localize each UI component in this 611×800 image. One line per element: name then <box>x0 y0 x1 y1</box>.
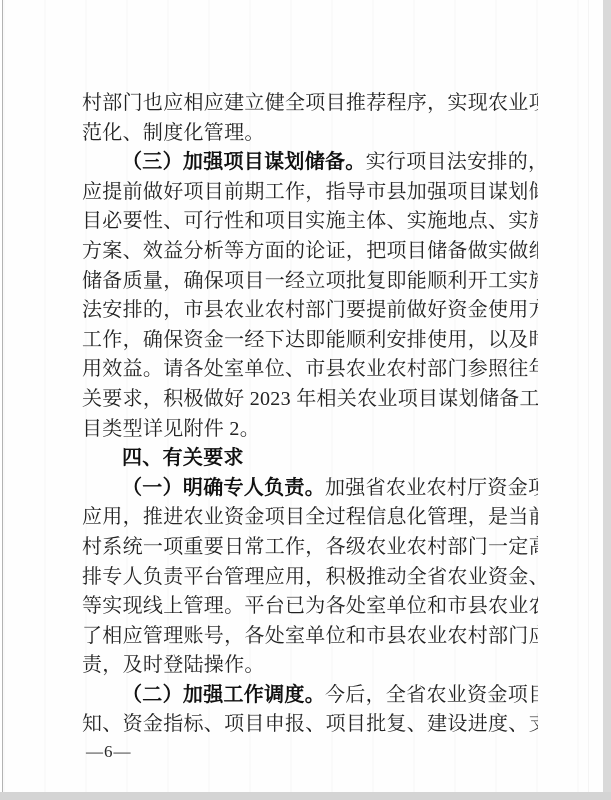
document-line: 等实现线上管理。平台已为各处室单位和市县农业农村部门配置 <box>82 592 538 622</box>
line-text: 了相应管理账号，各处室单位和市县农业农村部门应明确专人负 <box>82 625 538 647</box>
document-body-text: 村部门也应相应建立健全项目推荐程序，实现农业项目安排的规 范化、制度化管理。 （… <box>82 89 538 740</box>
document-line: 四、有关要求 <box>82 444 538 474</box>
document-line: 了相应管理账号，各处室单位和市县农业农村部门应明确专人负 <box>82 622 538 652</box>
scan-edge-shadow <box>588 0 589 792</box>
scanner-bed-right-strip <box>603 0 611 800</box>
line-text: 关要求，积极做好 2023 年相关农业项目谋划储备工作。相关项 <box>82 388 538 410</box>
document-line: 储备质量，确保项目一经立项批复即能顺利开工实施。实行因素 <box>82 267 538 297</box>
document-line: 应提前做好项目前期工作，指导市县加强项目谋划储备，加强项 <box>82 178 538 208</box>
document-line: （三）加强项目谋划储备。实行项目法安排的，各处室单位 <box>82 148 538 178</box>
line-text: 村部门也应相应建立健全项目推荐程序，实现农业项目安排的规 <box>82 92 538 114</box>
document-line: （一）明确专人负责。加强省农业农村厅资金项目监管平台 <box>82 474 538 504</box>
document-line: 目必要性、可行性和项目实施主体、实施地点、实施内容、投资 <box>82 207 538 237</box>
subsection-heading: （一）明确专人负责。 <box>122 477 325 499</box>
line-text: 用效益。请各处室单位、市县农业农村部门参照往年类似项目相 <box>82 358 538 380</box>
section-heading: 四、有关要求 <box>122 447 244 469</box>
line-text: 应提前做好项目前期工作，指导市县加强项目谋划储备，加强项 <box>82 181 538 203</box>
document-line: 方案、效益分析等方面的论证，把项目储备做实做细，提高项目 <box>82 237 538 267</box>
document-line: 知、资金指标、项目申报、项目批复、建设进度、支付进度等均 <box>82 710 538 740</box>
line-text: 实行项目法安排的，各处室单位 <box>366 151 538 173</box>
document-line: 村系统一项重要日常工作，各级农业农村部门一定高度重视，安 <box>82 533 538 563</box>
document-line: 范化、制度化管理。 <box>82 119 538 149</box>
line-text: 方案、效益分析等方面的论证，把项目储备做实做细，提高项目 <box>82 240 538 262</box>
line-text: 排专人负责平台管理应用，积极推动全省农业资金、项目、绩效 <box>82 566 538 588</box>
line-text: 加强省农业农村厅资金项目监管平台 <box>325 477 538 499</box>
document-line: （二）加强工作调度。今后，全省农业资金项目有关申报通 <box>82 681 538 711</box>
subsection-heading: （三）加强项目谋划储备。 <box>122 151 366 173</box>
line-text: 责，及时登陆操作。 <box>82 654 265 676</box>
subsection-heading: （二）加强工作调度。 <box>122 684 325 706</box>
line-text: 工作，确保资金一经下达即能顺利安排使用，以及时发挥资金使 <box>82 329 538 351</box>
document-line: 工作，确保资金一经下达即能顺利安排使用，以及时发挥资金使 <box>82 326 538 356</box>
page-number: —6— <box>86 741 132 763</box>
document-line: 关要求，积极做好 2023 年相关农业项目谋划储备工作。相关项 <box>82 385 538 415</box>
line-text: 应用，推进农业资金项目全过程信息化管理，是当前我省农业农 <box>82 506 538 528</box>
line-text: 法安排的，市县农业农村部门要提前做好资金使用方案编制相关 <box>82 299 538 321</box>
line-text: 等实现线上管理。平台已为各处室单位和市县农业农村部门配置 <box>82 595 538 617</box>
document-line: 法安排的，市县农业农村部门要提前做好资金使用方案编制相关 <box>82 296 538 326</box>
line-text: 目必要性、可行性和项目实施主体、实施地点、实施内容、投资 <box>82 210 538 232</box>
scanner-bed-bottom-strip <box>0 792 611 800</box>
line-text: 村系统一项重要日常工作，各级农业农村部门一定高度重视，安 <box>82 536 538 558</box>
line-text: 范化、制度化管理。 <box>82 122 265 144</box>
document-line: 责，及时登陆操作。 <box>82 651 538 681</box>
line-text: 知、资金指标、项目申报、项目批复、建设进度、支付进度等均 <box>82 713 538 735</box>
line-text: 储备质量，确保项目一经立项批复即能顺利开工实施。实行因素 <box>82 270 538 292</box>
line-text: 今后，全省农业资金项目有关申报通 <box>325 684 538 706</box>
document-line: 目类型详见附件 2。 <box>82 415 538 445</box>
document-line: 排专人负责平台管理应用，积极推动全省农业资金、项目、绩效 <box>82 563 538 593</box>
line-text: 目类型详见附件 2。 <box>82 418 260 440</box>
document-page: 村部门也应相应建立健全项目推荐程序，实现农业项目安排的规 范化、制度化管理。 （… <box>2 0 603 792</box>
document-line: 用效益。请各处室单位、市县农业农村部门参照往年类似项目相 <box>82 355 538 385</box>
document-line: 应用，推进农业资金项目全过程信息化管理，是当前我省农业农 <box>82 503 538 533</box>
document-line: 村部门也应相应建立健全项目推荐程序，实现农业项目安排的规 <box>82 89 538 119</box>
